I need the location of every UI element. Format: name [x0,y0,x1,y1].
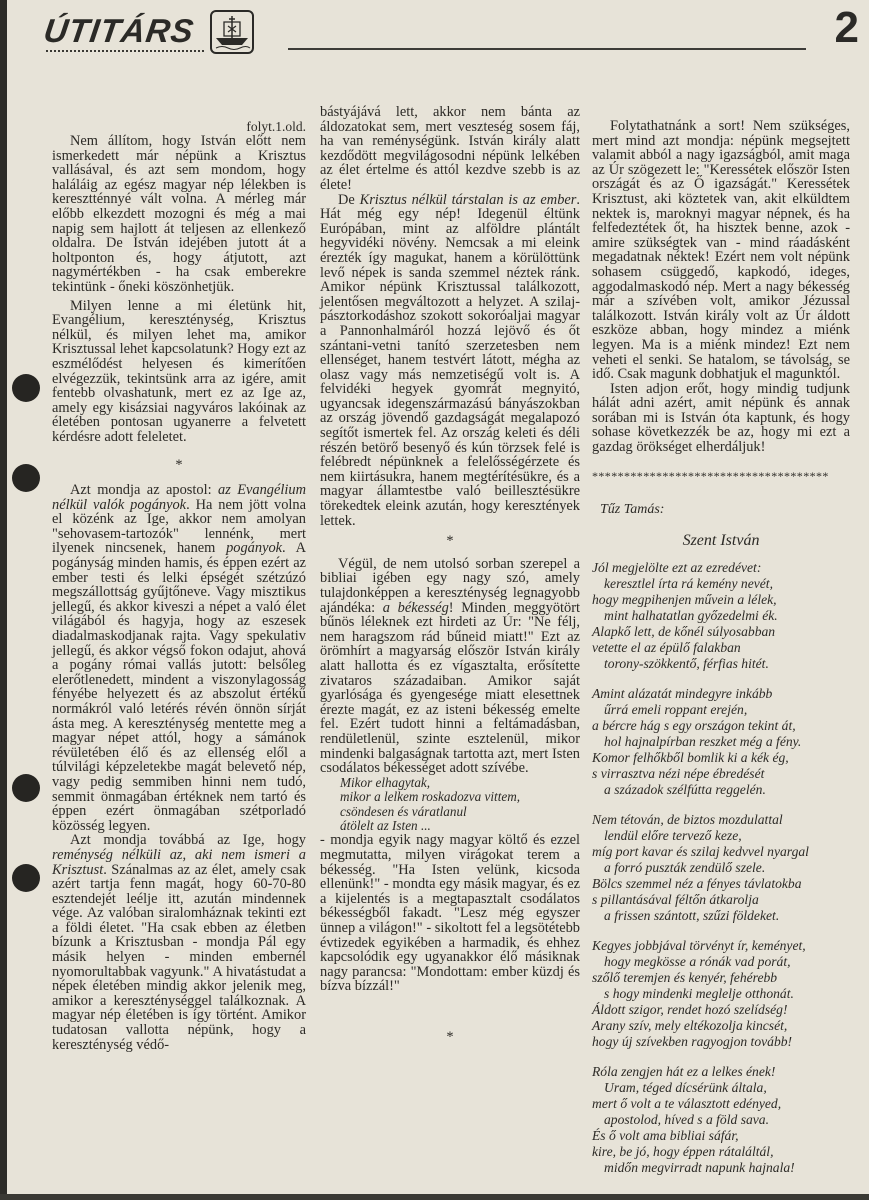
poem-line: Amint alázatát mindegyre inkább [592,686,850,702]
poem-line: midőn megvirradt napunk hajnala! [592,1160,850,1176]
paragraph: - mondja egyik nagy magyar költő és ezze… [320,833,580,994]
poem-stanza: Nem tétován, de biztos mozdulattallendül… [592,812,850,924]
poem-line: s pillantásával féltőn átkarolja [592,892,850,908]
binder-hole [12,464,40,492]
poem-line: keresztlel írta rá kemény nevét, [592,576,850,592]
poem-line: a frissen szántott, szűzi földeket. [592,908,850,924]
paragraph: bástyájává lett, akkor nem bánta az áldo… [320,105,580,193]
poem-line: Nem tétován, de biztos mozdulattal [592,812,850,828]
poem-line: torony-szökkentő, férfias hitét. [592,656,850,672]
section-separator: * [52,458,306,473]
paragraph: Folytathatnánk a sort! Nem szükséges, me… [592,119,850,382]
poem-line: hogy megkösse a rónák vad porát, [592,954,850,970]
poem-line: Alapkő lett, de kőnél súlyosabban [592,624,850,640]
stars-divider: ************************************* [592,469,850,484]
paragraph: Milyen lenne a mi életünk hit, Evangéliu… [52,299,306,445]
poem-title: Szent István [592,534,850,549]
poem-line: a forró puszták zendülő szele. [592,860,850,876]
binder-hole [12,864,40,892]
section-separator: * [320,534,580,549]
poem-line: Uram, téged dícsérünk általa, [592,1080,850,1096]
article-column-3: Folytathatnánk a sort! Nem szükséges, me… [592,105,850,1190]
binder-hole [12,774,40,802]
poem-line: űrrá emeli roppant erején, [592,702,850,718]
poem-line: Jól megjelölte ezt az ezredévet: [592,560,850,576]
paragraph: Nem állítom, hogy István előtt nem ismer… [52,134,306,295]
poem-line: szőlő teremjen és kenyér, fehérebb [592,970,850,986]
masthead-underline [46,50,204,52]
binder-hole [12,374,40,402]
poem-line: kire, be jó, hogy éppen rátaláltál, [592,1144,850,1160]
poem-line: mert ő volt a te választott edényed, [592,1096,850,1112]
poem-author: Tűz Tamás: [592,503,850,518]
paragraph: Azt mondja az apostol: az Evangélium nél… [52,483,306,833]
poem-stanza: Jól megjelölte ezt az ezredévet:keresztl… [592,560,850,672]
continued-note: folyt.1.old. [52,120,306,134]
poem-line: apostolod, híved s a föld sava. [592,1112,850,1128]
paragraph: Azt mondja továbbá az Ige, hogy reménysé… [52,833,306,1052]
poem-line: vetette el az épülő falakban [592,640,850,656]
scan-bottom-edge [0,1194,869,1200]
poem-stanza: Róla zengjen hát ez a lelkes ének!Uram, … [592,1064,850,1176]
page-header: ÚTITÁRS 2 [0,0,869,70]
poem-line: hol hajnalpírban reszket még a fény. [592,734,850,750]
poem-line: mint halhatatlan győzedelmi ék. [592,608,850,624]
poem-stanza: Kegyes jobbjával törvényt ír, keményet,h… [592,938,850,1050]
poem-line: a bércre hág s egy országon tekint át, [592,718,850,734]
poem-line: És ő volt ama bibliai sáfár, [592,1128,850,1144]
scan-left-edge [0,0,7,1200]
poem-line: Bölcs szemmel néz a fényes távlatokba [592,876,850,892]
poem-body: Jól megjelölte ezt az ezredévet:keresztl… [592,560,850,1176]
section-separator: * [320,1030,580,1045]
poem-quote: Mikor elhagytak, mikor a lelkem roskadoz… [320,776,580,834]
header-rule [288,48,806,50]
poem-line: Kegyes jobbjával törvényt ír, keményet, [592,938,850,954]
poem-stanza: Amint alázatát mindegyre inkábbűrrá emel… [592,686,850,798]
poem-line: hogy megpihenjen művein a lélek, [592,592,850,608]
poem-line: Komor felhőkből bomlik ki a kék ég, [592,750,850,766]
poem-line: hogy új szívekben ragyogjon tovább! [592,1034,850,1050]
article-column-2: bástyájává lett, akkor nem bánta az áldo… [320,105,580,1046]
poem-line: míg port kavar és szilaj kedvvel nyargal [592,844,850,860]
poem-line: s virrasztva nézi népe ébredését [592,766,850,782]
poem-line: Róla zengjen hát ez a lelkes ének! [592,1064,850,1080]
paragraph: De Krisztus nélkül társtalan is az ember… [320,193,580,529]
paragraph: Végül, de nem utolsó sorban szerepel a b… [320,557,580,776]
page-number: 2 [835,6,859,50]
ship-emblem-icon [210,10,254,54]
poem-line: lendül előre tervező keze, [592,828,850,844]
poem-line: s hogy mindenki meglelje otthonát. [592,986,850,1002]
poem-line: a századok szélfútta reggelén. [592,782,850,798]
masthead-title: ÚTITÁRS [41,12,196,50]
poem-line: Arany szív, mely eltékozolja kincsét, [592,1018,850,1034]
article-column-1: folyt.1.old. Nem állítom, hogy István el… [52,120,306,1052]
poem-line: Áldott szigor, rendet hozó szelídség! [592,1002,850,1018]
paragraph: Isten adjon erőt, hogy mindig tudjunk há… [592,382,850,455]
